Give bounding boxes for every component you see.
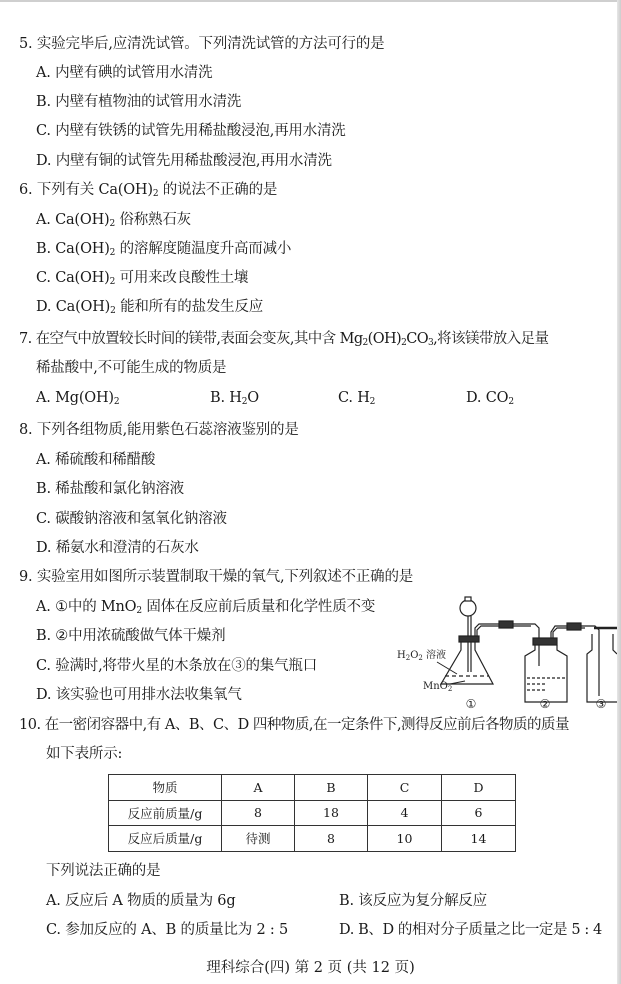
- question-6-option-a: A. Ca(OH)2 俗称熟石灰: [36, 211, 191, 229]
- option-text: 俗称熟石灰: [115, 212, 191, 228]
- question-8-option-b: B. 稀盐酸和氯化钠溶液: [36, 480, 184, 498]
- question-5-option-c: C. 内壁有铁锈的试管先用稀盐酸浸泡,再用水清洗: [36, 122, 346, 140]
- table-cell: 反应后质量/g: [109, 826, 222, 852]
- option-text: A. ①中的 MnO: [36, 599, 136, 615]
- stem-text: 7. 在空气中放置较长时间的镁带,表面会变灰,其中含 Mg: [19, 331, 363, 347]
- option-text: 的溶解度随温度升高而减小: [115, 241, 291, 257]
- question-7-option-b: B. H2O: [210, 389, 259, 407]
- scan-right-edge: [617, 0, 621, 984]
- question-10-stem-line1: 10. 在一密闭容器中,有 A、B、C、D 四种物质,在一定条件下,测得反应前后…: [19, 716, 569, 734]
- table-row: 反应后质量/g 待测 8 10 14: [109, 826, 516, 852]
- table-cell: 6: [442, 800, 516, 826]
- question-7-stem-line1: 7. 在空气中放置较长时间的镁带,表面会变灰,其中含 Mg2(OH)2CO3,将…: [19, 330, 548, 348]
- table-header-cell: B: [295, 775, 368, 801]
- scan-top-edge: [0, 0, 621, 2]
- table-cell: 14: [442, 826, 516, 852]
- table-cell: 18: [295, 800, 368, 826]
- question-10-option-a: A. 反应后 A 物质的质量为 6g: [46, 892, 235, 910]
- table-header-cell: D: [442, 775, 516, 801]
- page-footer: 理科综合(四) 第 2 页 (共 12 页): [0, 956, 621, 977]
- option-text: A. Ca(OH): [36, 212, 109, 228]
- subscript: 2: [508, 397, 514, 407]
- option-text: D. Ca(OH): [36, 299, 110, 315]
- marker-1: ①: [466, 697, 477, 711]
- question-8-option-c: C. 碳酸钠溶液和氢氧化钠溶液: [36, 510, 227, 528]
- stem-text: 的说法不正确的是: [158, 182, 277, 198]
- option-text: C. Ca(OH): [36, 270, 110, 286]
- table-cell: 8: [295, 826, 368, 852]
- question-9-option-b: B. ②中用浓硫酸做气体干燥剂: [36, 627, 225, 645]
- mass-table: 物质 A B C D 反应前质量/g 8 18 4 6 反应后质量/g 待测 8…: [108, 774, 516, 852]
- table-cell: 8: [222, 800, 295, 826]
- question-10-prompt: 下列说法正确的是: [46, 862, 160, 880]
- subscript: 2: [114, 397, 120, 407]
- question-7-stem-line2: 稀盐酸中,不可能生成的物质是: [36, 359, 226, 377]
- option-text: 能和所有的盐发生反应: [116, 299, 263, 315]
- option-text: C. H: [338, 390, 370, 406]
- question-9-option-d: D. 该实验也可用排水法收集氧气: [36, 686, 242, 704]
- marker-2: ②: [540, 697, 551, 711]
- h2o2-label: H2O2 溶液: [397, 648, 446, 662]
- question-5-stem: 5. 实验完毕后,应清洗试管。下列清洗试管的方法可行的是: [19, 35, 384, 53]
- stem-text: 6. 下列有关 Ca(OH): [19, 182, 153, 198]
- question-10-option-c: C. 参加反应的 A、B 的质量比为 2 : 5: [46, 921, 288, 939]
- table-cell: 反应前质量/g: [109, 800, 222, 826]
- stem-text: CO: [406, 331, 428, 347]
- question-9-option-c: C. 验满时,将带火星的木条放在③的集气瓶口: [36, 657, 317, 675]
- question-6-stem: 6. 下列有关 Ca(OH)2 的说法不正确的是: [19, 181, 277, 199]
- question-10-option-d: D. B、D 的相对分子质量之比一定是 5 : 4: [339, 921, 602, 939]
- question-7-option-c: C. H2: [338, 389, 375, 407]
- question-8-stem: 8. 下列各组物质,能用紫色石蕊溶液鉴别的是: [19, 421, 299, 439]
- option-text: A. Mg(OH): [36, 390, 114, 406]
- table-header-cell: A: [222, 775, 295, 801]
- question-6-option-d: D. Ca(OH)2 能和所有的盐发生反应: [36, 298, 263, 316]
- marker-3: ③: [596, 697, 607, 711]
- table-cell: 待测: [222, 826, 295, 852]
- table-cell: 4: [368, 800, 442, 826]
- stem-text: (OH): [368, 331, 401, 347]
- question-10-stem-line2: 如下表所示:: [46, 745, 122, 763]
- question-9-option-a: A. ①中的 MnO2 固体在反应前后质量和化学性质不变: [36, 598, 375, 616]
- question-6-option-b: B. Ca(OH)2 的溶解度随温度升高而减小: [36, 240, 291, 258]
- option-text: B. Ca(OH): [36, 241, 110, 257]
- mno2-label: MnO2: [423, 681, 452, 693]
- question-5-option-a: A. 内壁有碘的试管用水清洗: [36, 64, 212, 82]
- table-header-cell: 物质: [109, 775, 222, 801]
- option-text: 可用来改良酸性土壤: [115, 270, 248, 286]
- oxygen-generation-apparatus-icon: H2O2 溶液 MnO2 ① ② ③: [395, 592, 617, 712]
- table-cell: 10: [368, 826, 442, 852]
- table-header-cell: C: [368, 775, 442, 801]
- question-9-stem: 9. 实验室用如图所示装置制取干燥的氧气,下列叙述不正确的是: [19, 568, 413, 586]
- question-5-option-d: D. 内壁有铜的试管先用稀盐酸浸泡,再用水清洗: [36, 152, 332, 170]
- option-text: D. CO: [466, 390, 508, 406]
- stem-text: ,将该镁带放入足量: [433, 331, 548, 347]
- option-text: O: [247, 390, 259, 406]
- question-7-option-d: D. CO2: [466, 389, 514, 407]
- question-8-option-d: D. 稀氨水和澄清的石灰水: [36, 539, 199, 557]
- option-text: B. H: [210, 390, 242, 406]
- subscript: 2: [370, 397, 376, 407]
- apparatus-figure: H2O2 溶液 MnO2 ① ② ③: [395, 592, 617, 716]
- question-6-option-c: C. Ca(OH)2 可用来改良酸性土壤: [36, 269, 248, 287]
- option-text: 固体在反应前后质量和化学性质不变: [142, 599, 375, 615]
- table-row: 反应前质量/g 8 18 4 6: [109, 800, 516, 826]
- question-8-option-a: A. 稀硫酸和稀醋酸: [36, 451, 155, 469]
- question-7-option-a: A. Mg(OH)2: [36, 389, 119, 407]
- question-10-option-b: B. 该反应为复分解反应: [339, 892, 487, 910]
- table-header-row: 物质 A B C D: [109, 775, 516, 801]
- question-5-option-b: B. 内壁有植物油的试管用水清洗: [36, 93, 241, 111]
